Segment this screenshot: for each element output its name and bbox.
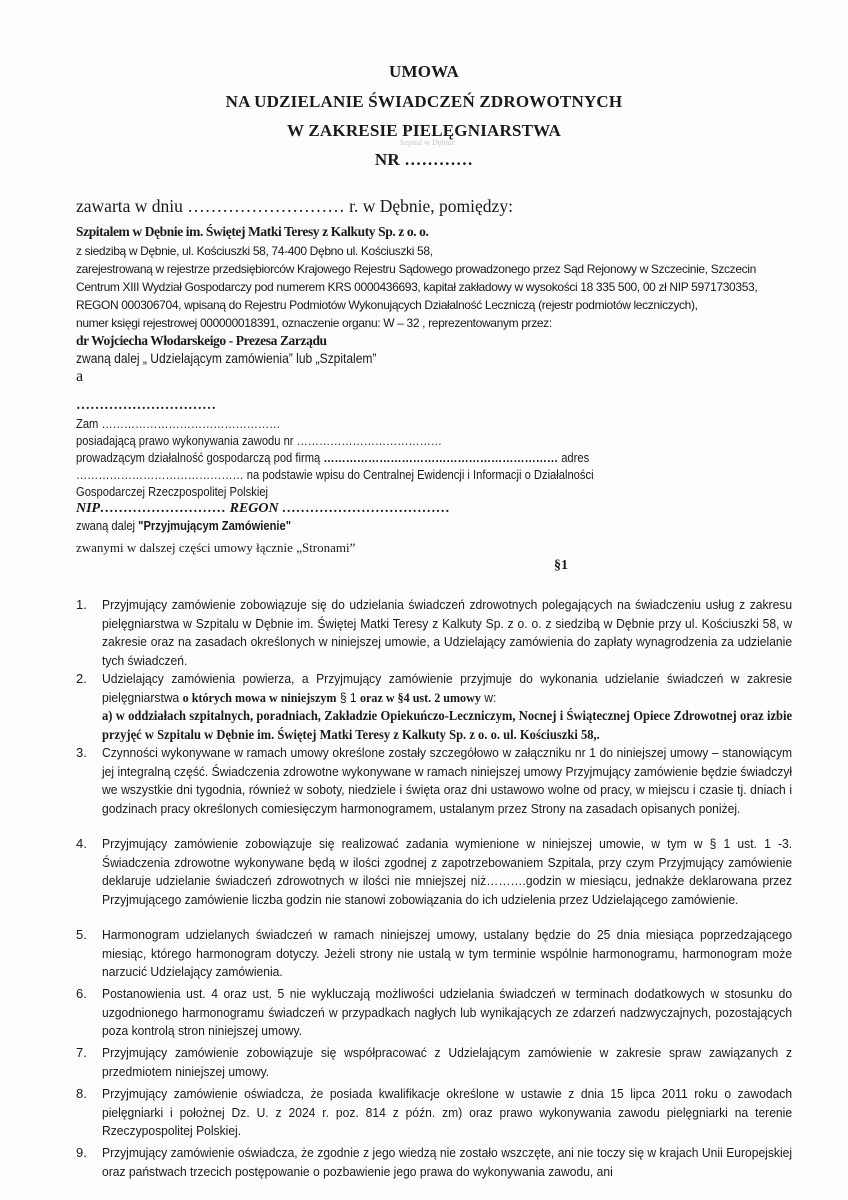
item-number: 4.: [76, 835, 100, 854]
ceidg-line: ……………………………………… na podstawie wpisu do Ce…: [76, 467, 594, 482]
list-item: 7. Przyjmujący zamówienie zobowiązuje si…: [76, 1044, 796, 1081]
hospital-book-number: numer księgi rejestrowej 000000018391, o…: [76, 316, 552, 330]
list-item: 4. Przyjmujący zamówienie zobowiązuje si…: [76, 835, 796, 909]
doc-subtitle: NA UDZIELANIE ŚWIADCZEŃ ZDROWOTNYCH: [0, 92, 848, 112]
contract-page: UMOWA NA UDZIELANIE ŚWIADCZEŃ ZDROWOTNYC…: [0, 0, 848, 1200]
list-item: 8. Przyjmujący zamówienie oświadcza, że …: [76, 1085, 796, 1141]
item-text: Przyjmujący zamówienie zobowiązuje się w…: [102, 1044, 792, 1081]
item-number: 7.: [76, 1044, 100, 1063]
and-word: a: [76, 368, 83, 386]
list-item: 9. Przyjmujący zamówienie oświadcza, że …: [76, 1144, 796, 1181]
section-heading: §1: [554, 558, 568, 574]
item-text-part: w:: [481, 690, 496, 705]
item-bold-part: o których mowa w niniejszym: [183, 690, 337, 705]
item-number: 1.: [76, 596, 100, 615]
item-number: 3.: [76, 744, 100, 763]
nip-regon: NIP……………………… REGON ………………………………: [76, 501, 450, 517]
item-text: Przyjmujący zamówienie zobowiązuje się d…: [102, 596, 792, 670]
hospital-regon: REGON 000306704, wpisaną do Rejestru Pod…: [76, 298, 698, 312]
business-label: prowadzącym działalność gospodarczą pod …: [76, 450, 323, 465]
item-number: 6.: [76, 985, 100, 1004]
hospital-alias: zwaną dalej „ Udzielającym zamówienia” l…: [76, 350, 376, 366]
parties-line: zwanymi w dalszej części umowy łącznie „…: [76, 540, 355, 556]
doc-title: UMOWA: [0, 62, 848, 82]
business-dots: ………………………………………………………: [323, 450, 558, 465]
hospital-name: Szpitalem w Dębnie im. Świętej Matki Ter…: [76, 224, 429, 240]
contractor-name-field: …………………………: [76, 398, 216, 414]
contractor-residence: Zam …………………………………………: [76, 416, 280, 431]
item-subpoint-a: a) w oddziałach szpitalnych, poradniach,…: [102, 707, 792, 744]
item-text: Przyjmujący zamówienie oświadcza, że pos…: [102, 1085, 792, 1141]
item-text: Harmonogram udzielanych świadczeń w rama…: [102, 926, 792, 982]
alias-label: zwaną dalej: [76, 518, 138, 533]
alias-name: "Przyjmującym Zamówienie": [138, 518, 291, 533]
doc-number: NR …………: [0, 150, 848, 170]
hospital-address: z siedzibą w Dębnie, ul. Kościuszki 58, …: [76, 244, 433, 258]
item-text: Czynności wykonywane w ramach umowy okre…: [102, 744, 792, 818]
address-label: adres: [558, 450, 589, 465]
item-number: 5.: [76, 926, 100, 945]
item-text: Przyjmujący zamówienie oświadcza, że zgo…: [102, 1144, 792, 1181]
list-item: 5. Harmonogram udzielanych świadczeń w r…: [76, 926, 796, 982]
contractor-license: posiadającą prawo wykonywania zawodu nr …: [76, 433, 442, 448]
contractor-alias: zwaną dalej "Przyjmującym Zamówienie": [76, 518, 291, 533]
item-number: 2.: [76, 670, 100, 689]
faint-stamp: Szpital w Dębnie: [400, 138, 455, 147]
concluded-line: zawarta w dniu ……………………… r. w Dębnie, po…: [76, 196, 513, 217]
item-text: Postanowienia ust. 4 oraz ust. 5 nie wyk…: [102, 985, 792, 1041]
contractor-business: prowadzącym działalność gospodarczą pod …: [76, 450, 589, 465]
item-number: 8.: [76, 1085, 100, 1104]
item-text: Udzielający zamówienia powierza, a Przyj…: [102, 670, 792, 744]
item-text-part: § 1: [336, 690, 360, 705]
hospital-krs: Centrum XIII Wydział Gospodarczy pod num…: [76, 280, 757, 294]
ceidg-line-2: Gospodarczej Rzeczpospolitej Polskiej: [76, 484, 268, 499]
list-item: 3. Czynności wykonywane w ramach umowy o…: [76, 744, 796, 818]
item-bold-part: oraz w §4 ust. 2 umowy: [360, 690, 481, 705]
list-item: 1. Przyjmujący zamówienie zobowiązuje si…: [76, 596, 796, 670]
list-item: 2. Udzielający zamówienia powierza, a Pr…: [76, 670, 796, 744]
list-item: 6. Postanowienia ust. 4 oraz ust. 5 nie …: [76, 985, 796, 1041]
representative: dr Wojciecha Włodarskeigo - Prezesa Zarz…: [76, 333, 327, 349]
item-number: 9.: [76, 1144, 100, 1163]
hospital-registry: zarejestrowaną w rejestrze przedsiębiorc…: [76, 262, 756, 276]
item-text: Przyjmujący zamówienie zobowiązuje się r…: [102, 835, 792, 909]
